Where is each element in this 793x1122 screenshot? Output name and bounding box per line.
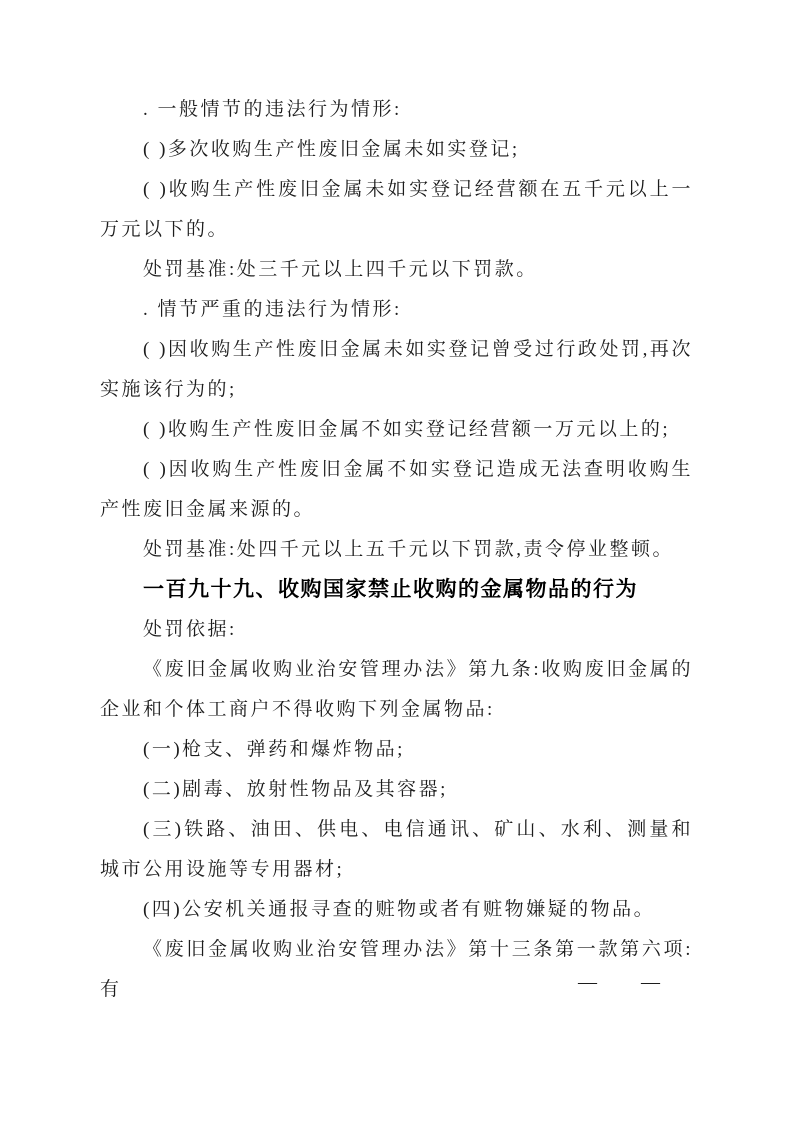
paragraph-item-1-guns-ammunition: (一)枪支、弹药和爆炸物品; bbox=[100, 730, 693, 770]
paragraph-general-circumstances: . 一般情节的违法行为情形: bbox=[100, 90, 693, 130]
document-page: . 一般情节的违法行为情形: ( )多次收购生产性废旧金属未如实登记; ( )收… bbox=[0, 0, 793, 1122]
paragraph-item-amount-5000-10000: ( )收购生产性废旧金属未如实登记经营额在五千元以上一万元以下的。 bbox=[100, 170, 693, 250]
paragraph-penalty-basis-label: 处罚依据: bbox=[100, 610, 693, 650]
page-number: — — bbox=[578, 972, 660, 994]
paragraph-penalty-standard-1: 处罚基准:处三千元以上四千元以下罚款。 bbox=[100, 250, 693, 290]
paragraph-item-3-special-equipment: (三)铁路、油田、供电、电信通讯、矿山、水利、测量和城市公用设施等专用器材; bbox=[100, 810, 693, 890]
paragraph-item-untraceable-source: ( )因收购生产性废旧金属不如实登记造成无法查明收购生产性废旧金属来源的。 bbox=[100, 450, 693, 530]
paragraph-regulation-article-9: 《废旧金属收购业治安管理办法》第九条:收购废旧金属的企业和个体工商户不得收购下列… bbox=[100, 650, 693, 730]
paragraph-item-4-stolen-goods: (四)公安机关通报寻查的赃物或者有赃物嫌疑的物品。 bbox=[100, 890, 693, 930]
paragraph-item-prior-punishment: ( )因收购生产性废旧金属未如实登记曾受过行政处罚,再次实施该行为的; bbox=[100, 330, 693, 410]
paragraph-regulation-article-13: 《废旧金属收购业治安管理办法》第十三条第一款第六项:有 bbox=[100, 930, 693, 1010]
paragraph-item-amount-over-10000: ( )收购生产性废旧金属不如实登记经营额一万元以上的; bbox=[100, 410, 693, 450]
text-block: . 一般情节的违法行为情形: ( )多次收购生产性废旧金属未如实登记; ( )收… bbox=[100, 90, 693, 1010]
page-number-dash-left: — bbox=[578, 972, 597, 994]
page-number-dash-right: — bbox=[641, 972, 660, 994]
paragraph-item-repeated-unregistered: ( )多次收购生产性废旧金属未如实登记; bbox=[100, 130, 693, 170]
paragraph-penalty-standard-2: 处罚基准:处四千元以上五千元以下罚款,责令停业整顿。 bbox=[100, 530, 693, 570]
paragraph-item-2-toxic-radioactive: (二)剧毒、放射性物品及其容器; bbox=[100, 770, 693, 810]
section-heading-199: 一百九十九、收购国家禁止收购的金属物品的行为 bbox=[100, 570, 693, 610]
paragraph-serious-circumstances: . 情节严重的违法行为情形: bbox=[100, 290, 693, 330]
